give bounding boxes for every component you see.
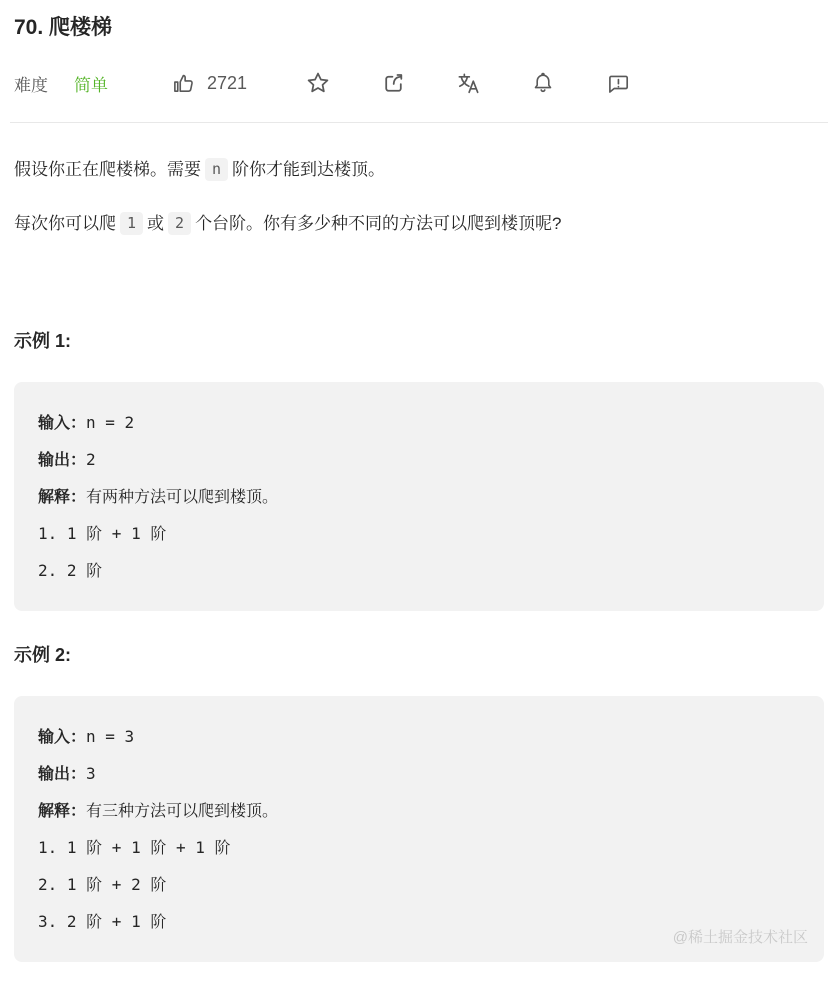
example-2-heading: 示例 2: [14,643,824,667]
code-line-text: 2. 1 阶 + 2 阶 [38,875,166,894]
problem-title: 70. 爬楼梯 [14,0,824,42]
desc-text: 每次你可以爬 [14,214,116,233]
example-1-heading: 示例 1: [14,329,824,353]
code-line-label: 输入： [38,727,86,746]
share-icon[interactable] [381,71,406,96]
favorite-button[interactable] [305,70,331,96]
code-line-label: 输出： [38,764,86,783]
code-line-text: 2 [86,450,96,469]
bell-icon[interactable] [531,71,555,95]
code-line-text: 有两种方法可以爬到楼顶。 [86,487,278,506]
like-button[interactable]: 2721 [172,72,247,95]
translate-icon[interactable] [456,71,481,96]
problem-page: 70. 爬楼梯 难度 简单 2721 [0,0,838,1000]
example-2-code-block: 输入：n = 3 输出：3 解释：有三种方法可以爬到楼顶。 1. 1 阶 + 1… [14,696,824,962]
desc-text: 阶你才能到达楼顶。 [232,160,385,179]
inline-code-1: 1 [120,212,143,235]
code-line-text: 2. 2 阶 [38,561,102,580]
code-line-text: 1. 1 阶 + 1 阶 [38,524,166,543]
code-line-text: 有三种方法可以爬到楼顶。 [86,801,278,820]
difficulty-badge: 简单 [74,71,108,96]
description-paragraph-1: 假设你正在爬楼梯。需要n阶你才能到达楼顶。 [14,156,824,183]
watermark: @稀土掘金技术社区 [673,919,808,956]
code-line-text: n = 3 [86,727,134,746]
code-line-text: 3. 2 阶 + 1 阶 [38,912,166,931]
code-line-label: 解释： [38,487,86,506]
code-line-label: 解释： [38,801,86,820]
difficulty-label: 难度 [14,71,48,96]
like-count: 2721 [207,73,247,94]
code-line: 输入：n = 2 [38,404,800,441]
code-line: 2. 1 阶 + 2 阶 [38,866,800,903]
code-line-text: 3 [86,764,96,783]
code-line: 解释：有三种方法可以爬到楼顶。 [38,792,800,829]
code-line-text: 1. 1 阶 + 1 阶 + 1 阶 [38,838,231,857]
code-line-text: n = 2 [86,413,134,432]
code-line-label: 输出： [38,450,86,469]
desc-text: 个台阶。你有多少种不同的方法可以爬到楼顶呢? [195,214,561,233]
inline-code-n: n [205,158,228,181]
code-line: 1. 1 阶 + 1 阶 [38,515,800,552]
code-line: 输出：3 [38,755,800,792]
code-line: 解释：有两种方法可以爬到楼顶。 [38,478,800,515]
code-line: 1. 1 阶 + 1 阶 + 1 阶 [38,829,800,866]
desc-text: 假设你正在爬楼梯。需要 [14,160,201,179]
feedback-icon[interactable] [605,71,630,96]
meta-row: 难度 简单 2721 [14,68,824,98]
inline-code-2: 2 [168,212,191,235]
code-line: 输入：n = 3 [38,718,800,755]
code-line: 输出：2 [38,441,800,478]
description-paragraph-2: 每次你可以爬1或2个台阶。你有多少种不同的方法可以爬到楼顶呢? [14,210,824,237]
code-line-label: 输入： [38,413,86,432]
example-1-code-block: 输入：n = 2 输出：2 解释：有两种方法可以爬到楼顶。 1. 1 阶 + 1… [14,382,824,611]
thumbs-up-icon [172,72,195,95]
header-divider [10,122,828,123]
code-line: 2. 2 阶 [38,552,800,589]
desc-text: 或 [147,214,164,233]
